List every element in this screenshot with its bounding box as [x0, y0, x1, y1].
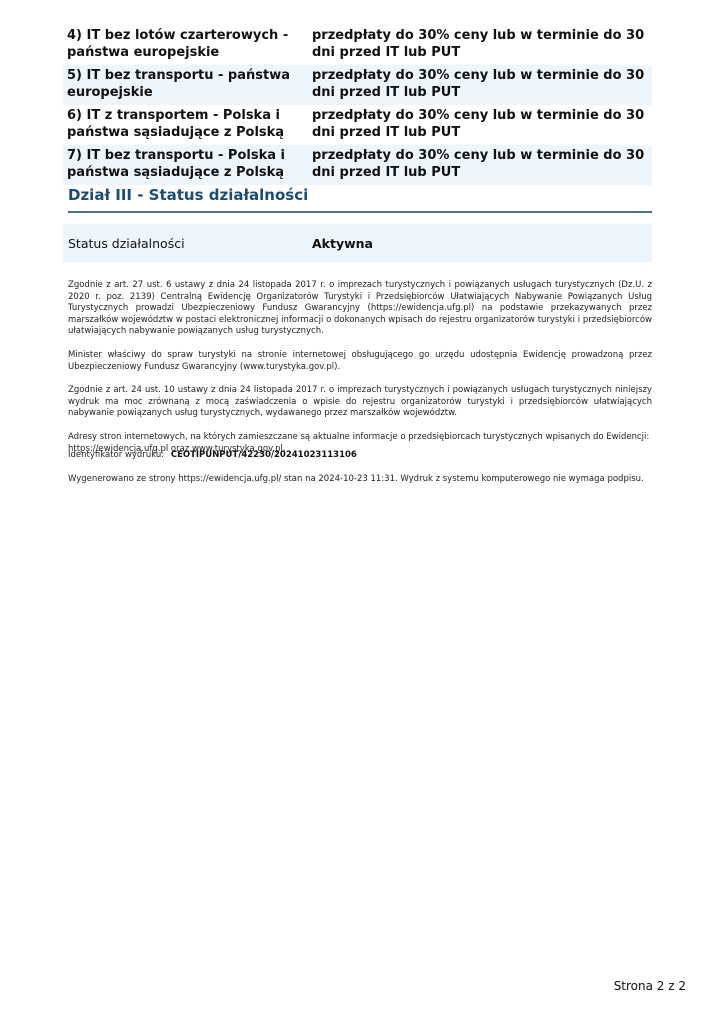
- status-label: Status działalności: [68, 236, 312, 251]
- status-badge: Aktywna: [312, 236, 373, 251]
- table-row: 5) IT bez transportu - państwa europejsk…: [63, 65, 652, 105]
- payment-terms-cell: przedpłaty do 30% ceny lub w terminie do…: [312, 147, 652, 181]
- table-row: 7) IT bez transportu - Polska i państwa …: [63, 145, 652, 185]
- trip-type-cell: 6) IT z transportem - Polska i państwa s…: [67, 107, 312, 141]
- identifier-value: CEOTIPUNPUT/42230/20241023113106: [171, 450, 357, 460]
- offer-terms-table: 4) IT bez lotów czarterowych - państwa e…: [63, 25, 652, 185]
- trip-type-cell: 7) IT bez transportu - Polska i państwa …: [67, 147, 312, 181]
- printout-identifier: Identyfikator wydruku: CEOTIPUNPUT/42230…: [68, 450, 357, 460]
- generated-note: Wygenerowano ze strony https://ewidencja…: [68, 474, 644, 484]
- payment-terms-cell: przedpłaty do 30% ceny lub w terminie do…: [312, 27, 652, 61]
- page-number: Strona 2 z 2: [614, 979, 686, 993]
- payment-terms-cell: przedpłaty do 30% ceny lub w terminie do…: [312, 67, 652, 101]
- legal-notes: Zgodnie z art. 27 ust. 6 ustawy z dnia 2…: [68, 280, 652, 467]
- section-title: Dział III - Status działalności: [68, 186, 652, 204]
- payment-terms-cell: przedpłaty do 30% ceny lub w terminie do…: [312, 107, 652, 141]
- legal-note-paragraph: Zgodnie z art. 27 ust. 6 ustawy z dnia 2…: [68, 280, 652, 338]
- trip-type-cell: 4) IT bez lotów czarterowych - państwa e…: [67, 27, 312, 61]
- section-divider: [68, 211, 652, 213]
- status-row: Status działalności Aktywna: [63, 224, 652, 262]
- table-row: 6) IT z transportem - Polska i państwa s…: [63, 105, 652, 145]
- trip-type-cell: 5) IT bez transportu - państwa europejsk…: [67, 67, 312, 101]
- identifier-label: Identyfikator wydruku:: [68, 450, 164, 460]
- table-row: 4) IT bez lotów czarterowych - państwa e…: [63, 25, 652, 65]
- legal-note-paragraph: Minister właściwy do spraw turystyki na …: [68, 350, 652, 373]
- legal-note-paragraph: Zgodnie z art. 24 ust. 10 ustawy z dnia …: [68, 385, 652, 420]
